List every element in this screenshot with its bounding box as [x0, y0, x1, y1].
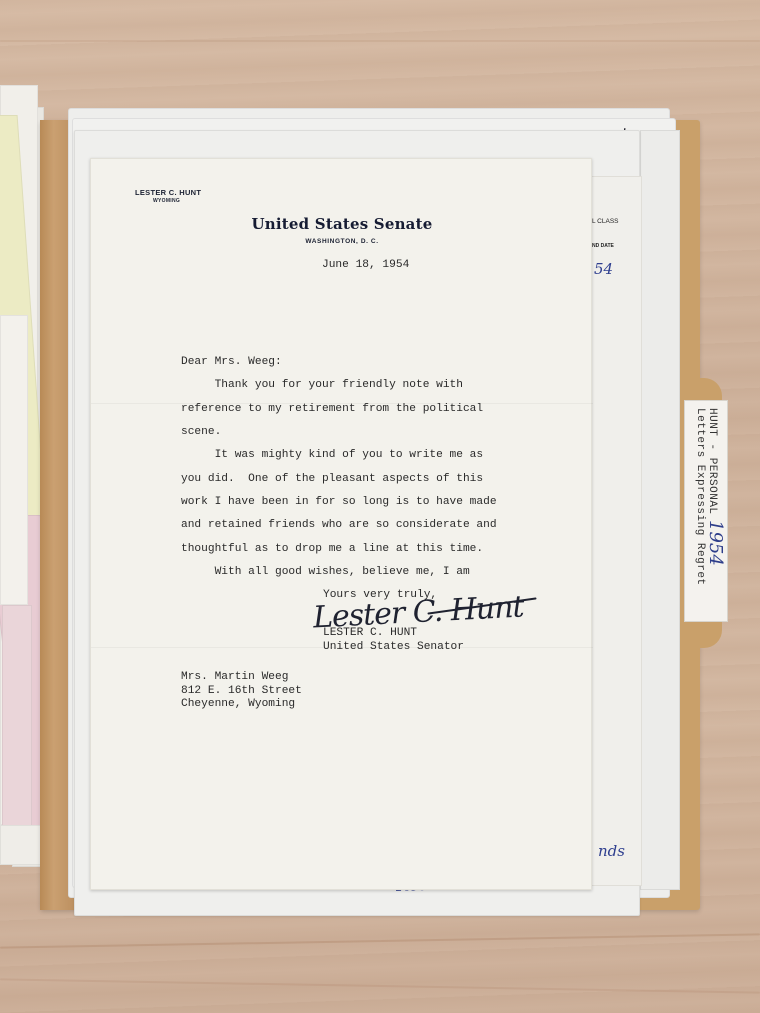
- signer-name: LESTER C. HUNT: [323, 628, 417, 639]
- handwritten-note-fragment: nds: [598, 842, 625, 860]
- letterhead-city: WASHINGTON, D. C.: [91, 238, 593, 245]
- letterhead-title: United States Senate: [91, 215, 593, 233]
- body-line: you did. One of the pleasant aspects of …: [181, 474, 483, 485]
- recipient-city: Cheyenne, Wyoming: [181, 699, 295, 710]
- recipient-street: 812 E. 16th Street: [181, 686, 302, 697]
- senate-letter: LESTER C. HUNT WYOMING United States Sen…: [90, 158, 592, 890]
- tab-label-title: HUNT - PERSONAL: [706, 408, 718, 515]
- body-line: Thank you for your friendly note with: [181, 380, 463, 391]
- wood-grain: [0, 978, 760, 993]
- letterhead-senator-name: LESTER C. HUNT: [135, 188, 201, 197]
- salutation: Dear Mrs. Weeg:: [181, 357, 282, 368]
- body-line: With all good wishes, believe me, I am: [181, 567, 470, 578]
- body-line: work I have been in for so long is to ha…: [181, 497, 497, 508]
- tab-label-year: 1954: [705, 520, 726, 566]
- body-line: scene.: [181, 427, 221, 438]
- letter-date: June 18, 1954: [322, 260, 409, 271]
- form-date-text: ND DATE: [592, 243, 614, 249]
- wood-grain: [0, 40, 760, 42]
- letterhead-senator-state: WYOMING: [153, 198, 180, 204]
- recipient-name: Mrs. Martin Weeg: [181, 672, 288, 683]
- form-handwritten-year: 54: [594, 260, 613, 278]
- wood-grain: [0, 933, 760, 948]
- body-line: thoughtful as to drop me a line at this …: [181, 544, 483, 555]
- folder-tab-label: HUNT - PERSONAL Letters Expressing Regre…: [684, 400, 728, 622]
- back-paper-edge: [640, 130, 680, 890]
- form-class-text: L CLASS: [592, 218, 619, 225]
- body-line: It was mighty kind of you to write me as: [181, 450, 483, 461]
- signer-title: United States Senator: [323, 642, 464, 653]
- carbon-sheet-pink: [2, 605, 32, 855]
- carbon-sheet-white: [0, 315, 28, 605]
- body-line: and retained friends who are so consider…: [181, 520, 497, 531]
- body-line: reference to my retirement from the poli…: [181, 404, 483, 415]
